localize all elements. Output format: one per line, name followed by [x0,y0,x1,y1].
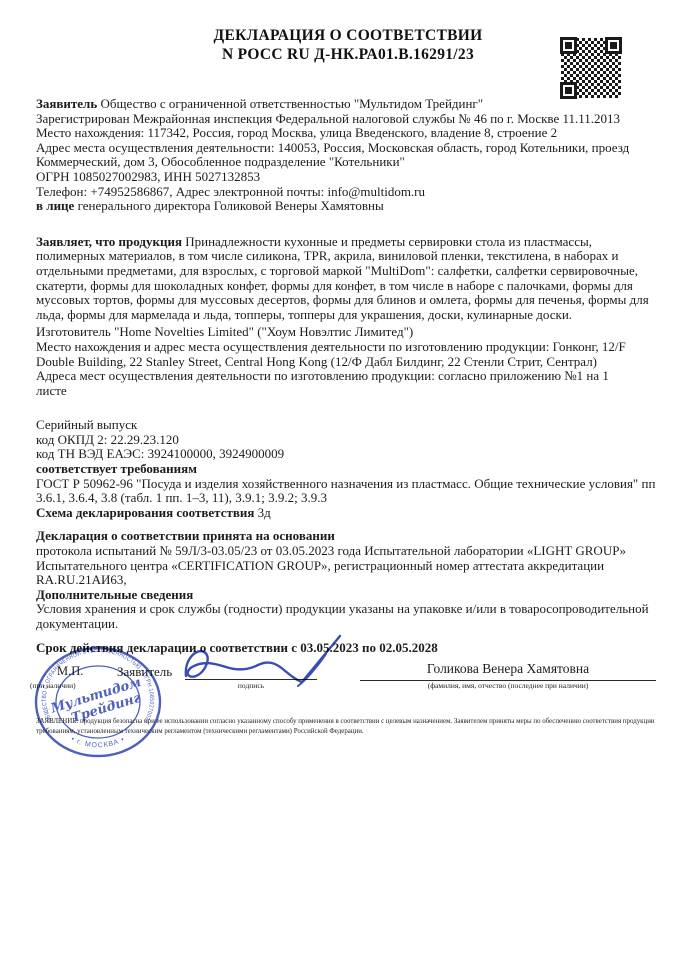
applicant-line: Заявитель Общество с ограниченной ответс… [36,97,660,112]
handwritten-signature [172,630,350,696]
applicant-registered: Зарегистрирован Межрайонная инспекция Фе… [36,112,660,127]
applicant-representative: в лице генерального директора Голиковой … [36,199,660,214]
codes-section: Серийный выпуск код ОКПД 2: 22.29.23.120… [36,418,660,520]
additional-text: Условия хранения и срок службы (годности… [36,602,660,631]
gost-requirements: ГОСТ Р 50962-96 "Посуда и изделия хозяйс… [36,477,660,506]
signatory-name: Голикова Венера Хамятовна [360,660,656,681]
basis-label: Декларация о соответствии принята на осн… [36,529,660,544]
qr-code [560,37,622,99]
applicant-contacts: Телефон: +74952586867, Адрес электронной… [36,185,660,200]
manufacturer-section: Изготовитель "Home Novelties Limited" ("… [36,325,660,398]
applicant-name: Общество с ограниченной ответственностью… [100,96,483,111]
applicant-label: Заявитель [36,96,97,111]
scheme-label: Схема декларирования соответствия [36,505,254,520]
qr-finder-top-left [560,37,577,54]
applicant-section: Заявитель Общество с ограниченной ответс… [36,97,660,214]
manufacturer-name: Изготовитель "Home Novelties Limited" ("… [36,325,660,340]
scheme-value: 3д [258,505,271,520]
manufacturer-activity-addresses: Адреса мест осуществления деятельности п… [36,369,624,398]
tnved-code: код ТН ВЭД ЕАЭС: 3924100000, 3924900009 [36,447,660,462]
declaration-document: ДЕКЛАРАЦИЯ О СООТВЕТСТВИИ N РОСС RU Д-НК… [0,0,693,980]
product-declaration-section: Заявляет, что продукция Принадлежности к… [36,235,660,323]
manufacturer-address: Место нахождения и адрес места осуществл… [36,340,660,369]
additional-label: Дополнительные сведения [36,588,660,603]
scheme-line: Схема декларирования соответствия 3д [36,506,660,521]
product-paragraph: Заявляет, что продукция Принадлежности к… [36,235,660,323]
in-face-label: в лице [36,198,74,213]
applicant-ogrn-inn: ОГРН 1085027002983, ИНН 5027132853 [36,170,660,185]
requirements-label: соответствует требованиям [36,462,660,477]
signatory-name-caption: (фамилия, имя, отчество (последнее при н… [360,681,656,690]
applicant-activity-address: Адрес места осуществления деятельности: … [36,141,660,170]
applicant-location: Место нахождения: 117342, Россия, город … [36,126,660,141]
qr-finder-top-right [605,37,622,54]
serial-release: Серийный выпуск [36,418,660,433]
in-face-text: генерального директора Голиковой Венеры … [78,198,384,213]
company-round-stamp: ОБЩЕСТВО С ОГРАНИЧЕННОЙ ОТВЕТСТВЕННОСТЬЮ… [30,644,166,760]
qr-finder-bottom-left [560,82,577,99]
basis-text: протокола испытаний № 59Л/3-03.05/23 от … [36,544,660,588]
basis-section: Декларация о соответствии принята на осн… [36,529,660,631]
declares-label: Заявляет, что продукция [36,234,182,249]
okpd-code: код ОКПД 2: 22.29.23.120 [36,433,660,448]
